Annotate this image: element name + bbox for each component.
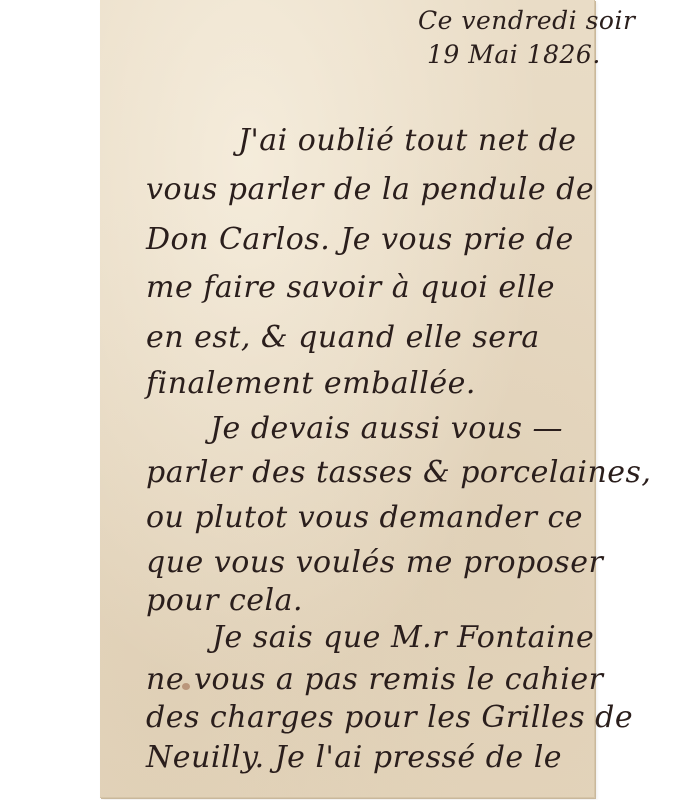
letter-line-9: ou plutot vous demander ce	[146, 500, 583, 535]
letter-line-11: pour cela.	[146, 583, 303, 618]
ink-stain	[182, 683, 190, 690]
letter-line-8: parler des tasses & porcelaines,	[146, 455, 651, 490]
letter-line-1: J'ai oublié tout net de	[238, 123, 577, 158]
letter-line-12: Je sais que M.r Fontaine	[212, 620, 594, 655]
letter-line-15: Neuilly. Je l'ai pressé de le	[146, 740, 562, 775]
letter-line-2: vous parler de la pendule de	[146, 172, 594, 207]
letter-line-4: me faire savoir à quoi elle	[146, 270, 555, 305]
letter-line-3: Don Carlos. Je vous prie de	[146, 222, 574, 257]
dateline-date: 19 Mai 1826.	[427, 40, 601, 69]
dateline-day: Ce vendredi soir	[418, 6, 635, 35]
letter-line-5: en est, & quand elle sera	[146, 320, 540, 355]
letter-line-10: que vous voulés me proposer	[146, 545, 603, 580]
letter-line-14: des charges pour les Grilles de	[146, 700, 633, 735]
scan-canvas: Ce vendredi soir 19 Mai 1826. J'ai oubli…	[0, 0, 700, 800]
letter-line-7: Je devais aussi vous —	[210, 411, 563, 446]
letter-line-13: ne vous a pas remis le cahier	[146, 662, 603, 697]
letter-line-6: finalement emballée.	[146, 366, 476, 401]
